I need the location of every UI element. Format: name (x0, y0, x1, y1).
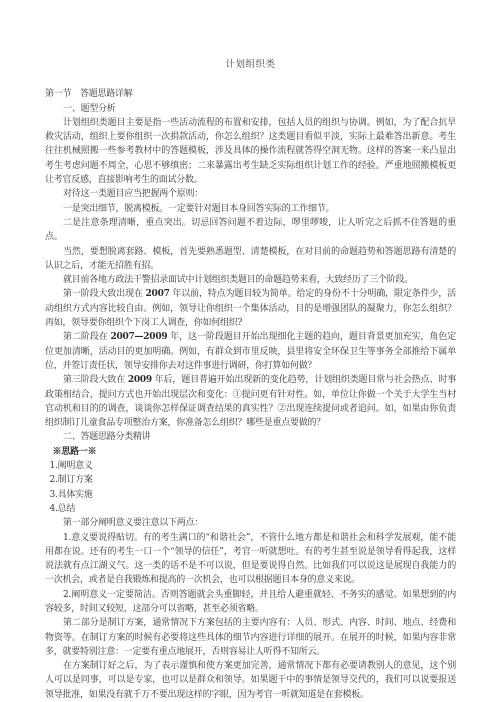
paragraph-principles-lead: 对待这一类题目应当把握两个原则： (45, 187, 456, 201)
paragraph-part1-point2: 2.阐明意义一定要简洁。否则答题就会头重脚轻，并且给人避重就轻、不务实的感觉。如… (45, 588, 456, 617)
paragraph-transition: 当然，要想脱离套路、模板，首先要熟悉题型、清楚模板，在对目前的命题趋势和答题思路… (45, 245, 456, 274)
document-page: 计划组织类 第一节 答题思路详解 一、题型分析 计划组织类题目主要是指一些活动流… (0, 0, 496, 702)
route1-step-3: 3.具体实施 (45, 488, 456, 502)
subsection-route-classification: 二、答题思路分类精讲 (45, 430, 456, 444)
stage3-year: 2009 (128, 375, 152, 385)
paragraph-analysis-intro: 计划组织类题目主要是指一些活动流程的布置和安排，包括人员的组织与协调。例如，为了… (45, 116, 456, 187)
subsection-type-analysis: 一、题型分析 (45, 102, 456, 116)
paragraph-part2-plan: 第二部分是制订方案，通常情况下方案包括的主要内容有：人员、形式、内容、时间、地点… (45, 616, 456, 659)
stage1-text-pre: 第一阶段大致出现在 (63, 289, 146, 299)
paragraph-trend-lead: 就目前各地方政法干警招录面试中计划组织类题目的命题趋势来看，大致经历了三个阶段。 (45, 273, 456, 287)
paragraph-part1-lead: 第一部分阐明意义要注意以下两点： (45, 516, 456, 530)
route1-step-2: 2.制订方案 (45, 473, 456, 487)
page-title: 计划组织类 (45, 58, 456, 72)
section-heading: 第一节 答题思路详解 (45, 87, 456, 101)
stage2-years: 2007—2009 (111, 332, 168, 342)
paragraph-stage2: 第二阶段在 2007—2009 年，这一阶段题目开始出现细化主题的趋向，题目背景… (45, 330, 456, 373)
stage3-text-pre: 第三阶段大致在 (63, 375, 128, 385)
paragraph-part2-advice: 在方案制订好之后，为了表示谨慎和使方案更加完善，通常情况下都有必要请教别人的意见… (45, 659, 456, 702)
paragraph-part1-point1: 1.意义要说得贴切。有的考生满口的“和谐社会”，不管什么地方都是和谐社会和科学发… (45, 531, 456, 588)
paragraph-stage1: 第一阶段大致出现在 2007 年以前，特点为题目较为简单。给定的身份不十分明确，… (45, 287, 456, 330)
paragraph-stage3: 第三阶段大致在 2009 年后，题目普遍开始出现新的变化趋势，计划组织类题目常与… (45, 373, 456, 430)
paragraph-principle-2: 二是注意条理清晰，重点突出。切忌回答问题不着边际，啰里啰唆，让人听完之后抓不住答… (45, 216, 456, 245)
stage1-year: 2007 (146, 289, 170, 299)
stage2-text-pre: 第二阶段在 (63, 332, 111, 342)
paragraph-principle-1: 一是突出细节，脱离模板。一定要针对题目本身回答实际的工作细节。 (45, 202, 456, 216)
route1-heading: ※思路一※ (45, 445, 456, 459)
route1-step-1: 1.阐明意义 (45, 459, 456, 473)
route1-step-4: 4.总结 (45, 502, 456, 516)
